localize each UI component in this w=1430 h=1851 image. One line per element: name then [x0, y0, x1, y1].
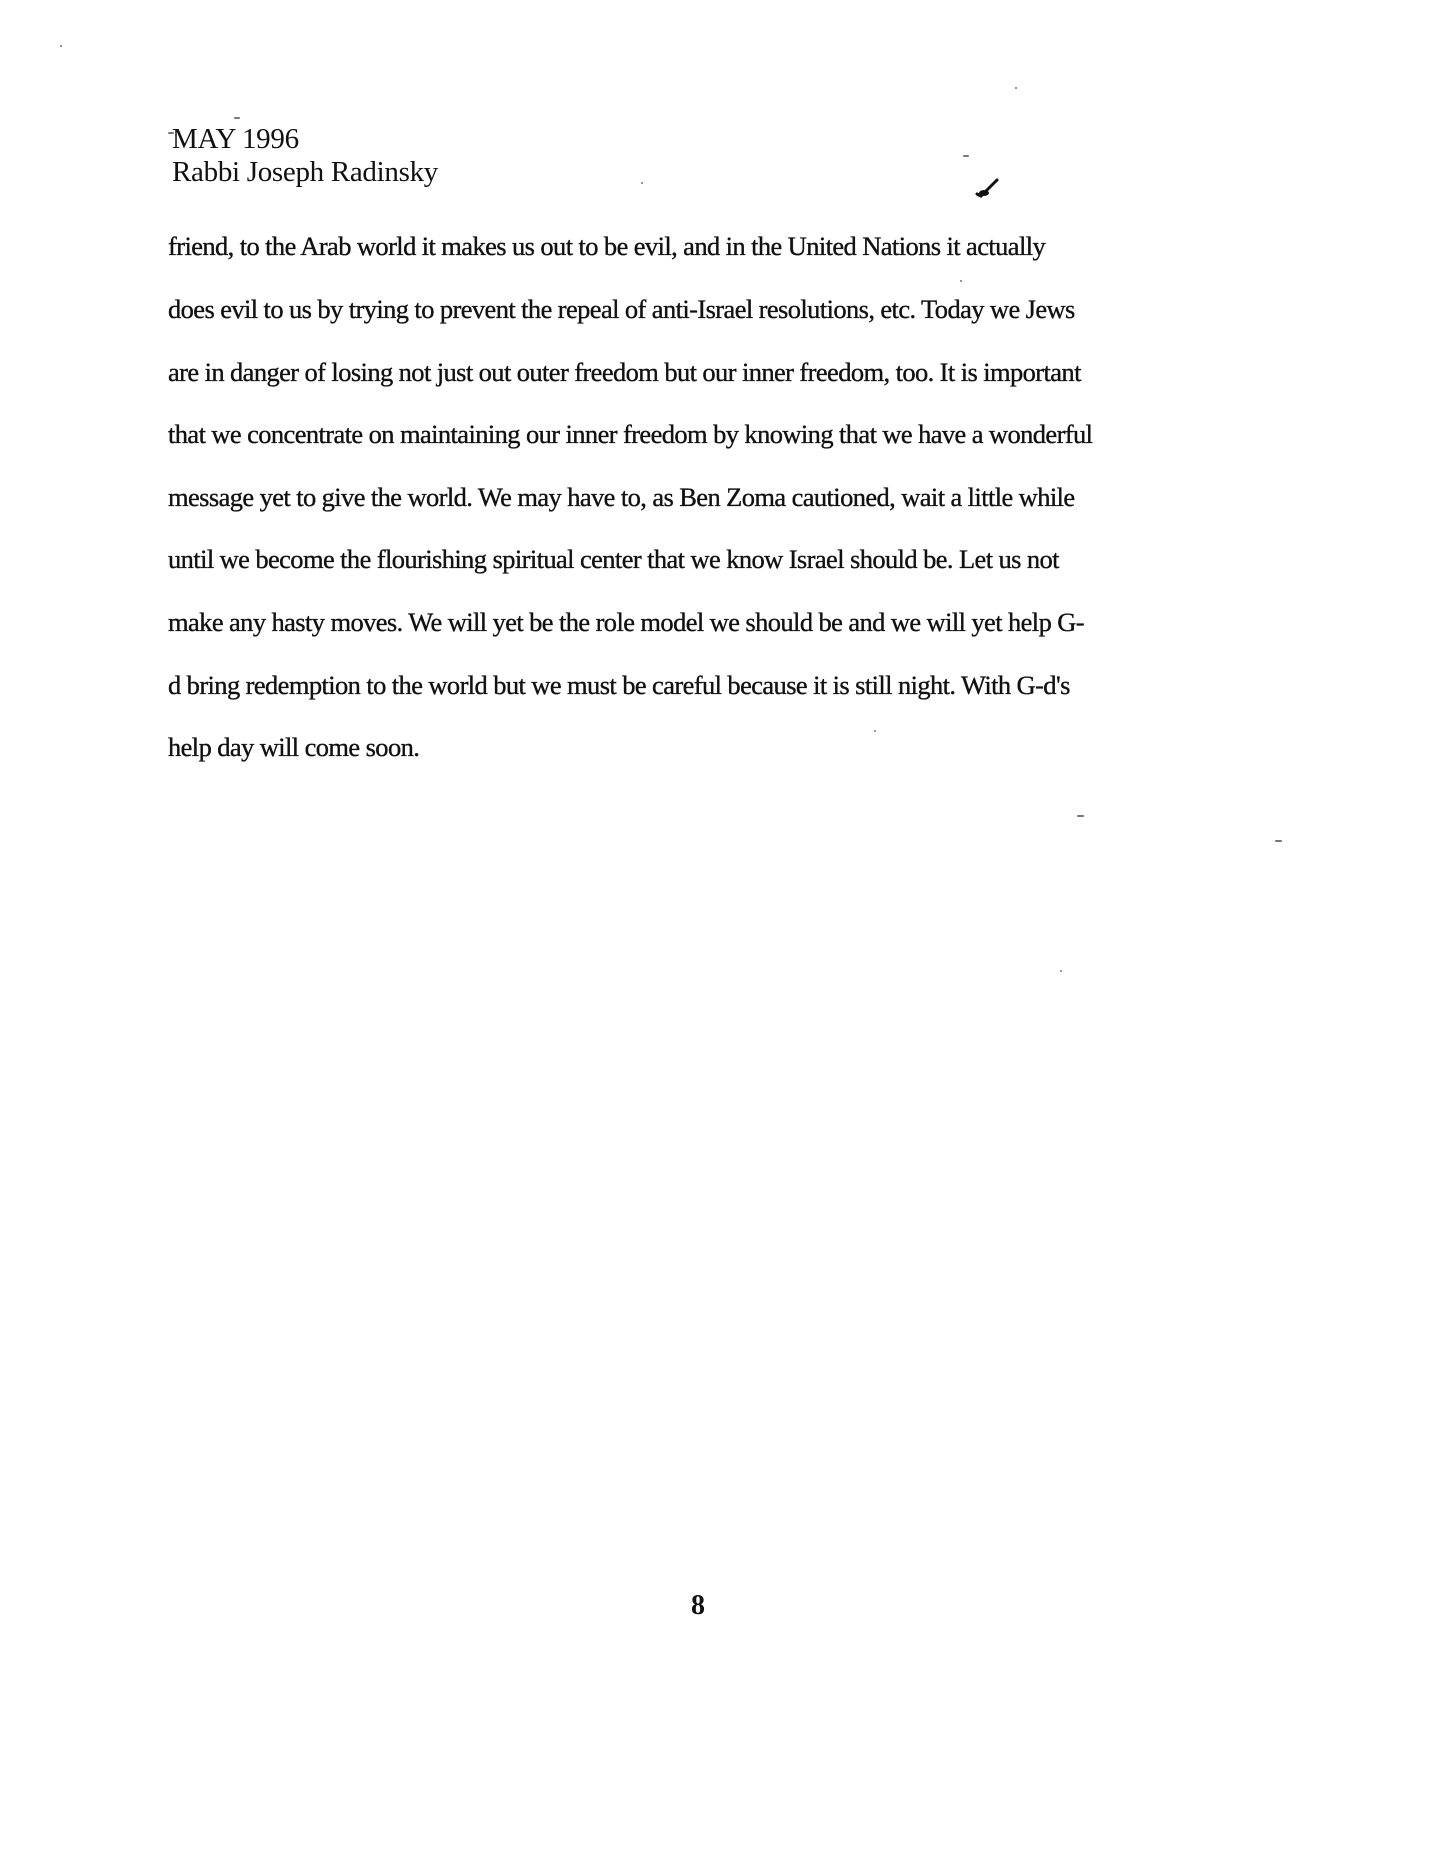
body-line: help day will come soon.: [168, 731, 419, 763]
body-line: until we become the flourishing spiritua…: [168, 543, 1059, 575]
page-number: 8: [691, 1590, 705, 1622]
scan-speck: [1015, 87, 1017, 89]
header-date: MAY 1996: [172, 122, 299, 156]
handwritten-check-mark-icon: [975, 178, 1001, 198]
scan-speck: [168, 132, 174, 134]
body-line: that we concentrate on maintaining our i…: [168, 418, 1092, 450]
scan-speck: [60, 45, 62, 47]
scan-speck: [1077, 815, 1084, 817]
scan-speck: [960, 280, 962, 282]
body-line: are in danger of losing not just out out…: [168, 356, 1081, 388]
scan-speck: [1275, 840, 1282, 842]
scan-speck: [874, 730, 876, 732]
body-line: does evil to us by trying to prevent the…: [168, 293, 1075, 325]
body-line: d bring redemption to the world but we m…: [168, 669, 1070, 701]
header-author: Rabbi Joseph Radinsky: [172, 155, 438, 189]
scan-speck: [963, 155, 969, 157]
body-line: message yet to give the world. We may ha…: [168, 481, 1075, 513]
body-line: make any hasty moves. We will yet be the…: [168, 606, 1084, 638]
scan-speck: [234, 117, 240, 119]
scan-speck: [641, 182, 643, 184]
body-line: friend, to the Arab world it makes us ou…: [168, 230, 1045, 262]
document-page: MAY 1996 Rabbi Joseph Radinsky friend, t…: [0, 0, 1430, 1851]
scan-speck: [1060, 970, 1062, 972]
